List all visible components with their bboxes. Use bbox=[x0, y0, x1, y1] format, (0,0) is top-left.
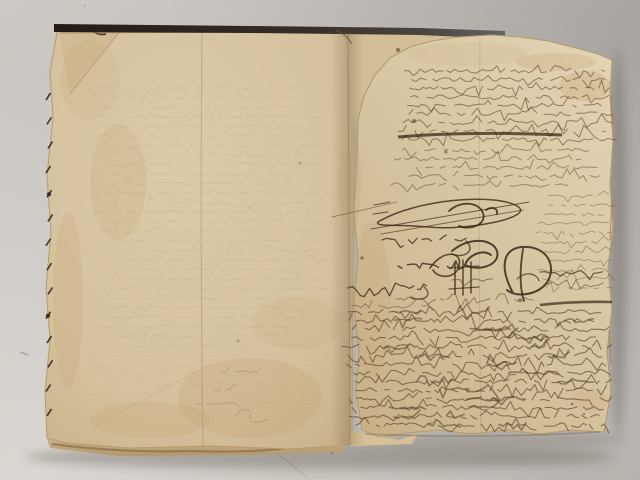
left-page bbox=[45, 27, 350, 449]
ink-speck bbox=[396, 48, 400, 52]
stain bbox=[53, 212, 83, 388]
ink-speck bbox=[360, 256, 363, 259]
stitch-knot bbox=[47, 192, 51, 196]
speck bbox=[236, 339, 239, 342]
stain bbox=[408, 42, 528, 66]
scene-canvas bbox=[0, 0, 640, 480]
ink-speck bbox=[583, 413, 585, 415]
stain bbox=[516, 53, 596, 71]
surface-speck bbox=[84, 5, 86, 7]
stain bbox=[90, 402, 210, 438]
ink-speck bbox=[445, 151, 448, 154]
right-leaf bbox=[332, 35, 622, 437]
manuscript-photo bbox=[0, 0, 640, 480]
stain bbox=[339, 122, 361, 238]
ink-speck bbox=[571, 403, 574, 406]
stitch-knot bbox=[46, 314, 50, 318]
